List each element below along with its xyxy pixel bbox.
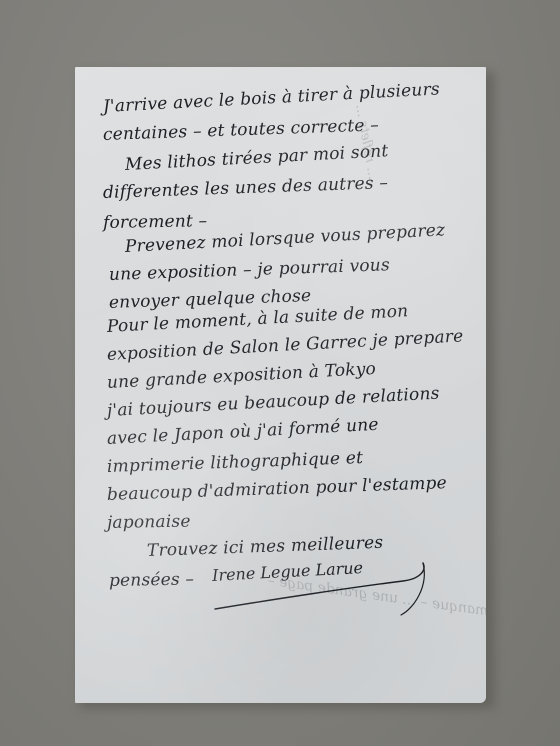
letter-line-13: avec le Japon où j'ai formé une — [106, 415, 379, 449]
letter-line-18: pensées – — [109, 570, 195, 591]
letter-line-14: imprimerie lithographique et — [107, 448, 364, 477]
letter-line-1: J'arrive avec le bois à tirer à plusieur… — [102, 79, 440, 117]
letter-line-5: forcement – — [103, 211, 208, 233]
letter-line-3: Mes lithos tirées par moi sont — [124, 141, 388, 175]
letter-line-7: une exposition – je pourrai vous — [109, 255, 391, 285]
letter-line-15: beaucoup d'admiration pour l'estampe — [107, 473, 447, 505]
letter-sheet: … l'ai fait toutes les couleurs – à la m… — [75, 67, 486, 703]
letter-line-16: japonaise — [107, 512, 191, 533]
letter-line-11: une grande exposition à Tokyo — [106, 359, 376, 393]
letter-line-4: differentes les unes des autres – — [103, 173, 389, 203]
letter-line-2: centaines – et toutes correcte – — [103, 115, 380, 145]
show-through-text-side: … reflets … — [345, 98, 385, 182]
